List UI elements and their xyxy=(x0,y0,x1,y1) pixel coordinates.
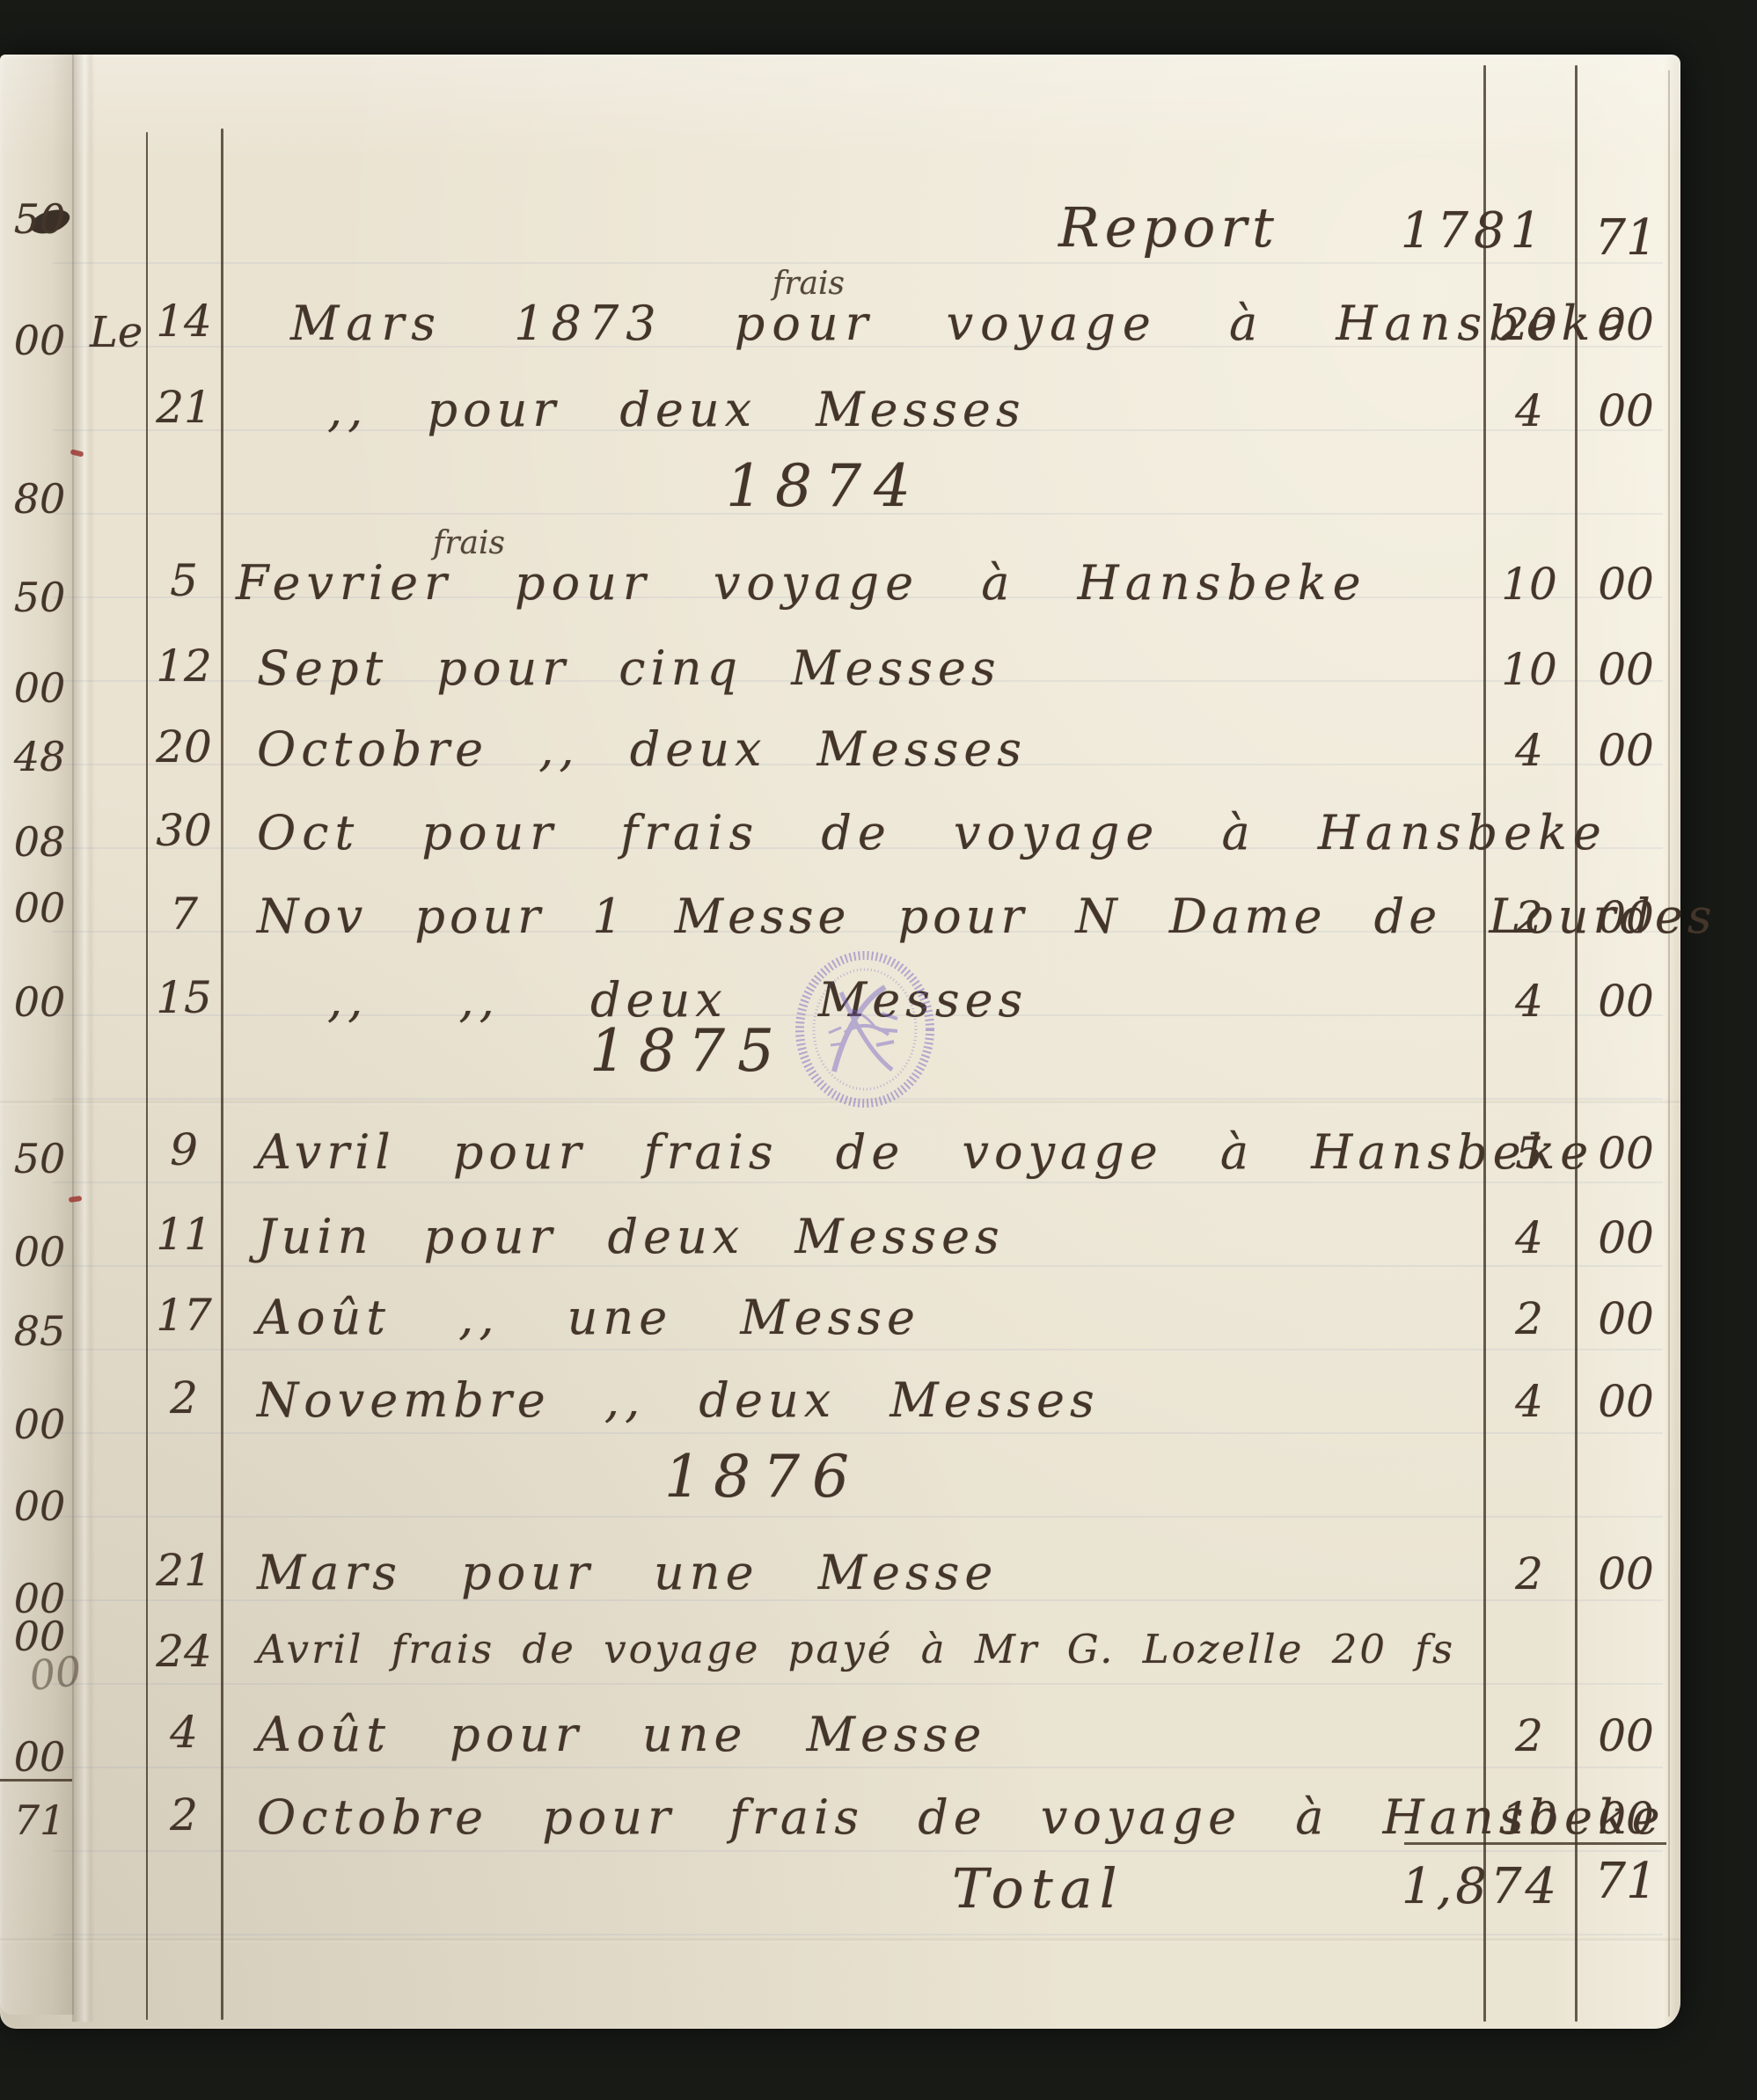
day-number: 2 xyxy=(143,1789,225,1840)
entry-description: Août pour une Messe xyxy=(257,1707,986,1762)
margin-number: 50 xyxy=(5,195,74,243)
amount-centimes: 00 xyxy=(1582,1793,1670,1844)
day-number: 5 xyxy=(143,555,225,606)
entry-description: Oct pour frais de voyage à Hansbeke xyxy=(257,805,1607,860)
amount-francs: 10 xyxy=(1487,559,1571,610)
day-number: 24 xyxy=(143,1626,225,1677)
margin-number: 50 xyxy=(5,574,74,621)
inserted-word: frais xyxy=(772,266,845,302)
amount-francs: 4 xyxy=(1487,385,1571,436)
amount-centimes: 00 xyxy=(1582,644,1670,695)
total-amount-centimes: 71 xyxy=(1582,1853,1670,1910)
day-number: 21 xyxy=(143,1545,225,1596)
faint-ruled-line xyxy=(53,1265,1663,1267)
entry-description: Mars 1873 pour voyage à Hansbeke xyxy=(290,296,1632,351)
entry-description: Août ,, une Messe xyxy=(257,1290,920,1345)
report-amount-centimes: 71 xyxy=(1582,209,1670,267)
day-number: 20 xyxy=(143,721,225,772)
entry-description: ,, pour deux Messes xyxy=(327,382,1026,437)
margin-number: 00 xyxy=(5,978,74,1026)
report-label: Report xyxy=(1058,195,1279,260)
margin-number: 50 xyxy=(5,1135,74,1182)
faint-ruled-line xyxy=(53,262,1663,264)
amount-centimes: 00 xyxy=(1582,1293,1670,1344)
amount-francs: 4 xyxy=(1487,976,1571,1027)
entry-description: Mars pour une Messe xyxy=(257,1545,998,1600)
amount-francs: 5 xyxy=(1487,1128,1571,1179)
year-heading: 1876 xyxy=(664,1443,861,1511)
day-number: 15 xyxy=(143,972,225,1023)
amount-centimes: 00 xyxy=(1582,1212,1670,1263)
entry-description: Novembre ,, deux Messes xyxy=(257,1372,1100,1428)
amount-centimes: 00 xyxy=(1582,1376,1670,1427)
amount-francs: 2 xyxy=(1487,1548,1571,1599)
amount-centimes: 00 xyxy=(1582,299,1670,350)
amount-centimes: 00 xyxy=(1582,1128,1670,1179)
entry-description: Fevrier pour voyage à Hansbeke xyxy=(236,555,1367,611)
margin-number: 00 xyxy=(5,1482,74,1530)
ledger-content: Report 1781 71 Le14Mars 1873 pour voyage… xyxy=(0,0,1757,2100)
red-stitch xyxy=(69,1196,83,1203)
red-stitch xyxy=(70,449,84,457)
amount-centimes: 00 xyxy=(1582,559,1670,610)
margin-number: 00 xyxy=(5,1228,74,1276)
margin-number: 00 xyxy=(5,1733,74,1781)
amount-centimes: 00 xyxy=(1582,725,1670,776)
margin-number: 48 xyxy=(5,733,74,780)
day-number: 30 xyxy=(143,805,225,856)
amount-francs: 2 xyxy=(1487,892,1571,943)
amount-centimes: 00 xyxy=(1582,976,1670,1027)
margin-number: 80 xyxy=(5,475,74,523)
amount-centimes: 00 xyxy=(1582,1710,1670,1761)
oval-ink-stamp xyxy=(790,948,940,1110)
day-number: 21 xyxy=(143,382,225,433)
margin-number: 85 xyxy=(5,1307,74,1355)
report-amount-francs: 1781 xyxy=(1374,202,1573,260)
margin-number: 00 xyxy=(5,664,74,712)
entry-description: Sept pour cinq Messes xyxy=(257,640,1001,696)
margin-number: 00 xyxy=(5,884,74,932)
margin-number: 71 xyxy=(5,1796,74,1844)
total-amount-francs: 1,874 xyxy=(1381,1858,1580,1915)
faint-ruled-line xyxy=(53,1349,1663,1350)
faint-ruled-line xyxy=(53,1934,1663,1935)
amount-centimes: 00 xyxy=(1582,1548,1670,1599)
faint-ruled-line xyxy=(53,1432,1663,1434)
margin-number: 08 xyxy=(5,818,74,866)
day-number: 17 xyxy=(143,1290,225,1341)
amount-francs: 4 xyxy=(1487,1212,1571,1263)
entry-description: Avril frais de voyage payé à Mr G. Lozel… xyxy=(257,1626,1455,1672)
amount-francs: 20 xyxy=(1487,299,1571,350)
entry-description: Juin pour deux Messes xyxy=(257,1209,1005,1264)
faint-ruled-line xyxy=(53,1516,1663,1518)
francs-column-rule xyxy=(1483,65,1486,2022)
day-number: 14 xyxy=(143,296,225,347)
amount-centimes: 00 xyxy=(1582,385,1670,436)
total-sum-rule xyxy=(1404,1842,1666,1845)
entry-description: Avril pour frais de voyage à Hansbeke xyxy=(257,1124,1593,1180)
amount-francs: 2 xyxy=(1487,1710,1571,1761)
centimes-column-rule xyxy=(1575,65,1578,2022)
amount-francs: 10 xyxy=(1487,644,1571,695)
day-number: 9 xyxy=(143,1124,225,1175)
day-number: 12 xyxy=(143,640,225,691)
amount-centimes: 00 xyxy=(1582,892,1670,943)
year-heading: 1875 xyxy=(589,1017,787,1085)
faint-ruled-line xyxy=(53,1850,1663,1852)
margin-sum-rule xyxy=(0,1779,72,1782)
day-number: 4 xyxy=(143,1707,225,1758)
margin-number: 00 xyxy=(18,1646,92,1701)
year-heading: 1874 xyxy=(726,452,923,520)
amount-francs: 4 xyxy=(1487,725,1571,776)
faint-ruled-line xyxy=(53,1683,1663,1685)
entry-description: Octobre ,, deux Messes xyxy=(257,721,1027,777)
day-number: 2 xyxy=(143,1372,225,1423)
amount-francs: 2 xyxy=(1487,1293,1571,1344)
inserted-word: frais xyxy=(433,525,505,561)
entry-description: Octobre pour frais de voyage à Hansbeke xyxy=(257,1789,1665,1845)
le-prefix: Le xyxy=(90,308,143,357)
margin-number: 00 xyxy=(5,1401,74,1448)
faint-ruled-line xyxy=(53,1182,1663,1183)
amount-francs: 4 xyxy=(1487,1376,1571,1427)
day-number: 7 xyxy=(143,889,225,940)
amount-francs: 10 xyxy=(1487,1793,1571,1844)
faint-ruled-line xyxy=(53,1767,1663,1768)
day-number: 11 xyxy=(143,1209,225,1260)
margin-number: 00 xyxy=(5,317,74,364)
total-label: Total xyxy=(952,1856,1124,1921)
